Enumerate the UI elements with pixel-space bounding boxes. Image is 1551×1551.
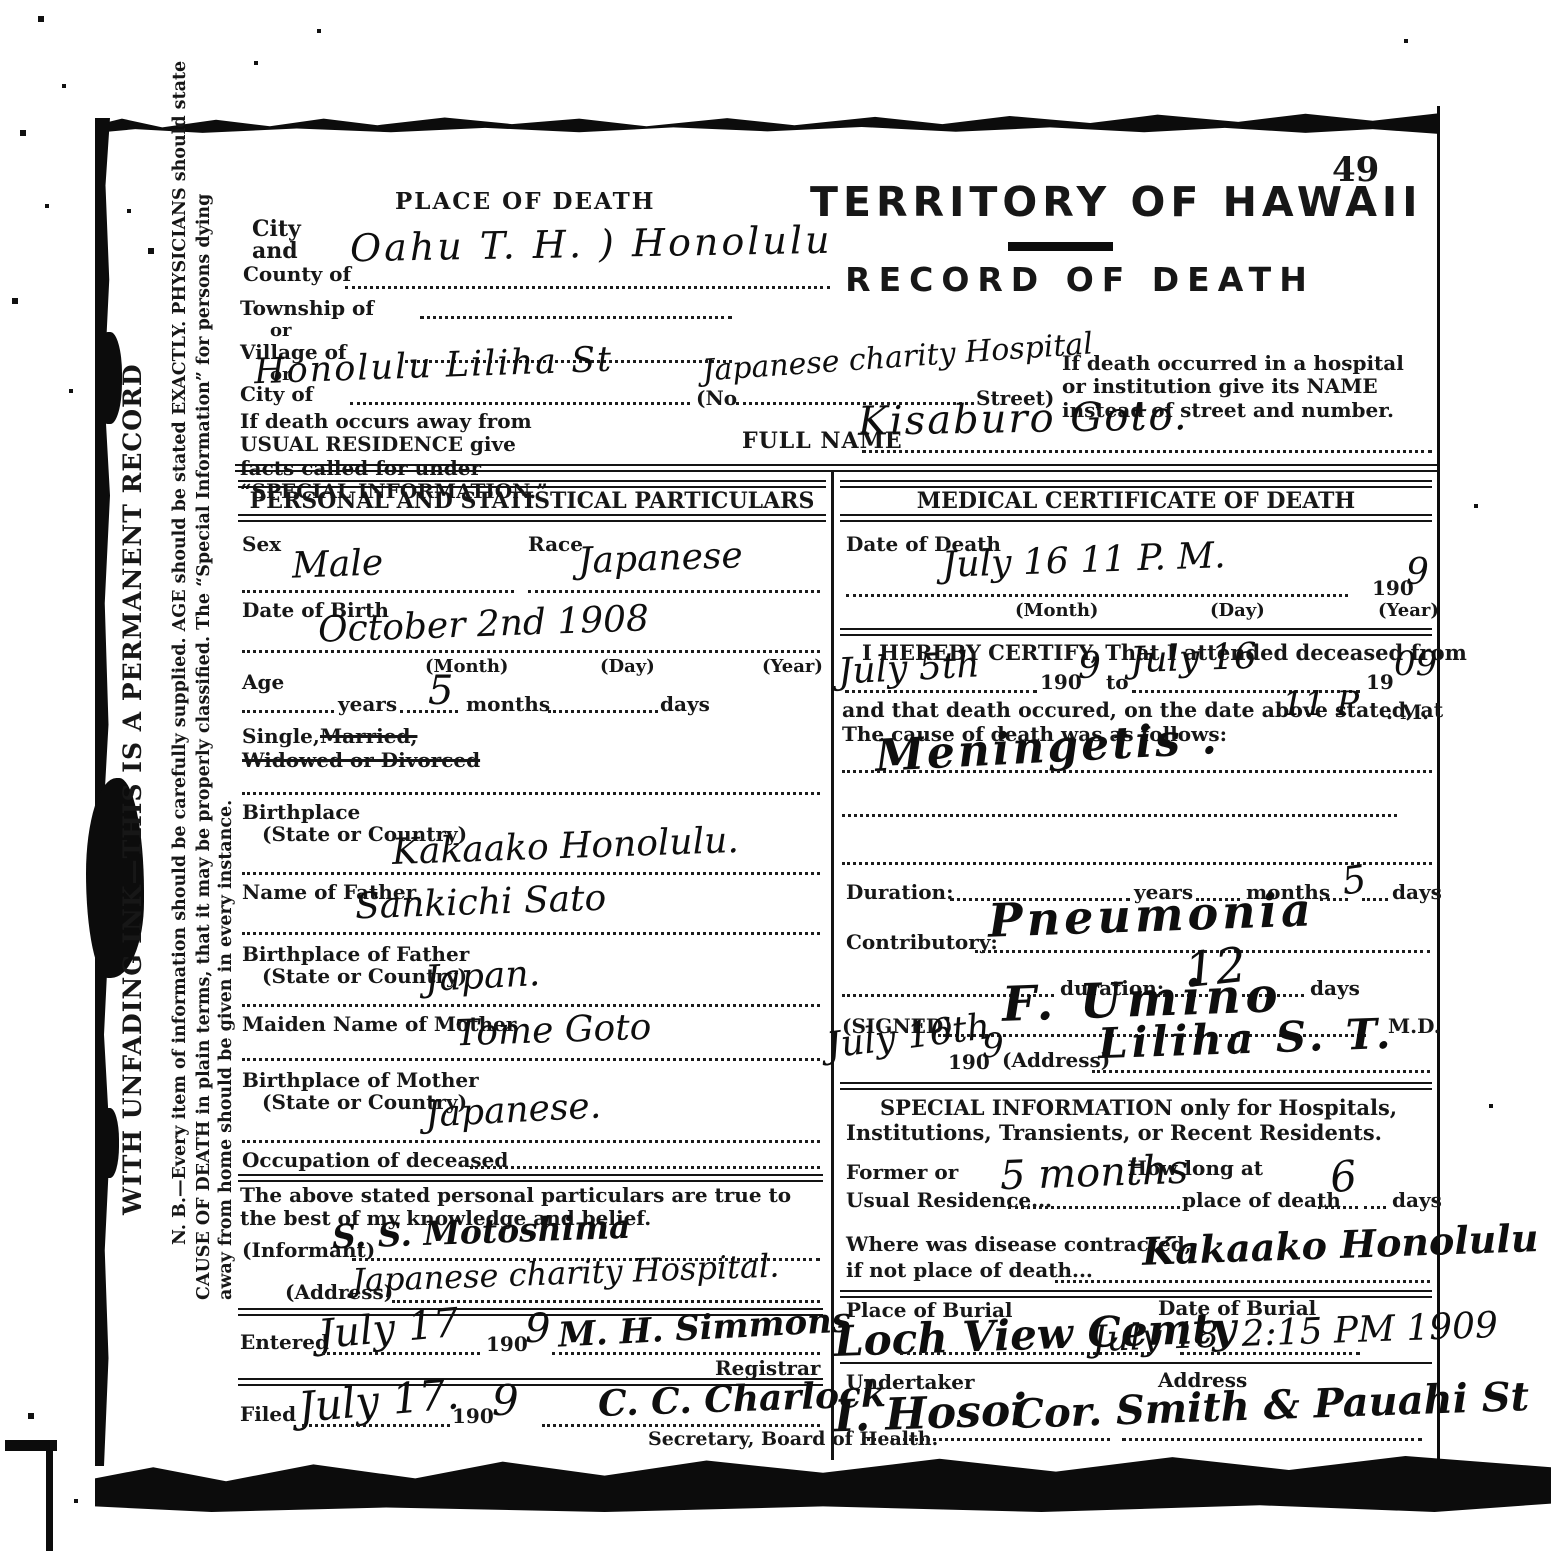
year-caption: (Year) bbox=[1378, 600, 1439, 621]
father-name-value: Sankichi Sato bbox=[354, 878, 606, 928]
death-time-value: 11 P bbox=[1282, 684, 1359, 724]
record-of-death-title: RECORD OF DEATH bbox=[820, 260, 1340, 299]
county-of-label: County of bbox=[243, 262, 351, 286]
dotted-line bbox=[846, 594, 1348, 597]
dotted-line bbox=[242, 710, 334, 713]
dotted-line bbox=[1180, 1352, 1360, 1355]
duration2-days-label: days bbox=[1310, 976, 1360, 1000]
sex-label: Sex bbox=[242, 532, 281, 556]
filed-year-printed: 190 bbox=[452, 1404, 494, 1428]
mother-birthplace-value: Japanese. bbox=[424, 1085, 602, 1135]
mother-birthplace-label: Birthplace of Mother bbox=[242, 1068, 479, 1092]
to-year-printed: 19 bbox=[1366, 670, 1394, 694]
death-certificate-scan: WITH UNFADING INK—THIS IS A PERMANENT RE… bbox=[0, 0, 1551, 1551]
marital-single-label: Single, bbox=[242, 724, 320, 748]
day-caption: (Day) bbox=[1210, 600, 1265, 621]
duration-days-label: days bbox=[1392, 880, 1442, 904]
birthplace-label: Birthplace bbox=[242, 800, 360, 824]
dotted-line bbox=[862, 1438, 1110, 1441]
scan-border-top bbox=[95, 112, 1440, 134]
scan-border-right bbox=[1437, 106, 1440, 1484]
day-caption: (Day) bbox=[600, 656, 655, 677]
left-rule bbox=[238, 1174, 823, 1182]
dotted-line bbox=[242, 1140, 820, 1143]
marital-widowed-label: Widowed or Divorced bbox=[242, 748, 480, 772]
attended-to-value: July 16 bbox=[1129, 636, 1257, 681]
dod-year-value: 9 bbox=[1406, 552, 1429, 593]
place-of-death-heading: PLACE OF DEATH bbox=[395, 188, 655, 215]
dotted-line bbox=[350, 402, 690, 405]
dotted-line bbox=[242, 1004, 820, 1007]
year-caption: (Year) bbox=[762, 656, 823, 677]
race-value: Japanese bbox=[577, 535, 743, 582]
months-label: months bbox=[466, 692, 550, 716]
dotted-line bbox=[842, 814, 1397, 817]
mother-name-value: Tome Goto bbox=[454, 1007, 652, 1055]
physician-address-label: (Address) bbox=[1002, 1048, 1110, 1072]
dotted-line bbox=[302, 1424, 450, 1427]
attended-from-value: July 5th bbox=[837, 644, 980, 692]
disease-contracted-value: Kakaako Honolulu bbox=[1141, 1215, 1539, 1274]
right-header-rule-bottom bbox=[840, 514, 1432, 522]
dotted-line bbox=[242, 932, 820, 935]
dotted-line bbox=[845, 690, 1037, 693]
personal-section-title: PERSONAL AND STATISTICAL PARTICULARS bbox=[238, 488, 826, 514]
undertaker-address-value: Cor. Smith & Pauahi St bbox=[1011, 1373, 1530, 1438]
dotted-line bbox=[322, 1352, 480, 1355]
city-county-value: Oahu T. H. ) Honolulu bbox=[350, 218, 833, 270]
dotted-line bbox=[242, 872, 820, 875]
dotted-line bbox=[900, 1352, 1150, 1355]
to-label: to bbox=[1106, 670, 1129, 694]
margin-note-line3: away from home should be given in every … bbox=[216, 800, 236, 1300]
from-year-value: 9 bbox=[1078, 646, 1101, 687]
dotted-line bbox=[548, 710, 658, 713]
dotted-line bbox=[242, 792, 820, 795]
special-information-heading: SPECIAL INFORMATION only for Hospitals, … bbox=[846, 1096, 1434, 1145]
margin-bold-instruction: WITH UNFADING INK—THIS IS A PERMANENT RE… bbox=[118, 363, 147, 1215]
filed-year-value: 9 bbox=[492, 1376, 519, 1425]
dotted-line bbox=[420, 316, 732, 319]
physician-address-value: Liliha S. T. bbox=[1097, 1009, 1395, 1068]
sex-value: Male bbox=[291, 542, 384, 586]
corner-mark-vertical bbox=[46, 1440, 53, 1551]
signed-year-value: 9 bbox=[982, 1026, 1004, 1066]
and-label: and bbox=[252, 238, 298, 264]
dotted-line bbox=[470, 1166, 820, 1169]
right-header-rule-top bbox=[840, 480, 1432, 488]
father-birthplace-value: Japan. bbox=[424, 953, 541, 1000]
dotted-line bbox=[862, 450, 1432, 453]
full-name-value: Kisaburo Goto. bbox=[858, 393, 1189, 445]
margin-note-line2: CAUSE OF DEATH in plain terms, that it m… bbox=[194, 194, 214, 1300]
dotted-line bbox=[242, 590, 514, 593]
race-label: Race bbox=[528, 532, 583, 556]
left-header-rule-top bbox=[238, 480, 826, 488]
street-value: Japanese charity Hospital bbox=[701, 326, 1094, 388]
dotted-line bbox=[1318, 1206, 1358, 1209]
meridian-label: . M. bbox=[1386, 700, 1429, 724]
dotted-line bbox=[842, 770, 1432, 773]
dotted-line bbox=[1008, 1206, 1180, 1209]
usual-residence-value: 5 months bbox=[999, 1147, 1189, 1200]
age-label: Age bbox=[242, 670, 284, 694]
medical-section-title: MEDICAL CERTIFICATE OF DEATH bbox=[840, 488, 1432, 514]
dotted-line bbox=[242, 1058, 820, 1061]
how-long-days-value: 6 bbox=[1328, 1151, 1360, 1203]
filed-label: Filed bbox=[240, 1402, 296, 1426]
dotted-line bbox=[1362, 898, 1388, 901]
from-year-printed: 190 bbox=[1040, 670, 1082, 694]
duration-label: Duration: bbox=[846, 880, 953, 904]
dotted-line bbox=[1055, 1280, 1430, 1283]
territory-title: TERRITORY OF HAWAII bbox=[810, 178, 1350, 226]
scan-border-bottom bbox=[95, 1456, 1551, 1512]
right-rule bbox=[840, 1290, 1432, 1298]
or-label: or bbox=[270, 320, 292, 341]
date-of-death-value: July 16 11 P. M. bbox=[941, 535, 1226, 586]
contributory-value: Pneumonia bbox=[987, 882, 1316, 947]
dotted-line bbox=[1364, 1206, 1386, 1209]
dotted-line bbox=[242, 650, 820, 653]
days-label: days bbox=[660, 692, 710, 716]
right-rule bbox=[840, 1082, 1432, 1090]
entered-year-printed: 190 bbox=[486, 1332, 528, 1356]
title-divider-bar bbox=[1008, 242, 1113, 251]
no-paren-label: (No bbox=[696, 386, 737, 410]
marital-married-label: Married, bbox=[320, 724, 417, 748]
undertaker-value: I. Hosoi bbox=[833, 1385, 1028, 1443]
years-label: years bbox=[338, 692, 397, 716]
township-of-label: Township of bbox=[240, 296, 374, 320]
left-header-rule-bottom bbox=[238, 514, 826, 522]
to-year-value: 09 bbox=[1394, 644, 1437, 684]
dotted-line bbox=[542, 1424, 820, 1427]
disease-contracted-label-2: if not place of death... bbox=[846, 1258, 1093, 1282]
disease-contracted-label-1: Where was disease contracted, bbox=[846, 1232, 1192, 1256]
entered-label: Entered bbox=[240, 1330, 329, 1354]
md-label: M.D. bbox=[1388, 1014, 1441, 1038]
dotted-line bbox=[552, 1352, 820, 1355]
former-or-label: Former or bbox=[846, 1160, 958, 1184]
informant-address-value: Japanese charity Hospital. bbox=[351, 1247, 780, 1300]
occupation-label: Occupation of deceased bbox=[242, 1148, 508, 1172]
month-caption: (Month) bbox=[1015, 600, 1098, 621]
how-long-days-label: days bbox=[1392, 1188, 1442, 1212]
age-months-value: 5 bbox=[428, 668, 453, 714]
entered-year-value: 9 bbox=[525, 1306, 550, 1352]
dotted-line bbox=[1122, 1438, 1422, 1441]
place-of-death-days-label: place of death bbox=[1182, 1188, 1341, 1212]
burial-rule bbox=[840, 1362, 1432, 1364]
dotted-line bbox=[528, 590, 820, 593]
right-rule bbox=[840, 628, 1432, 636]
dotted-line bbox=[345, 286, 830, 289]
section-divider bbox=[235, 464, 1437, 472]
dotted-line bbox=[1092, 1070, 1430, 1073]
scan-specks bbox=[0, 0, 2, 2]
margin-note-line1: N. B.—Every item of information should b… bbox=[170, 61, 190, 1245]
scan-blob-small-2 bbox=[99, 1108, 119, 1178]
